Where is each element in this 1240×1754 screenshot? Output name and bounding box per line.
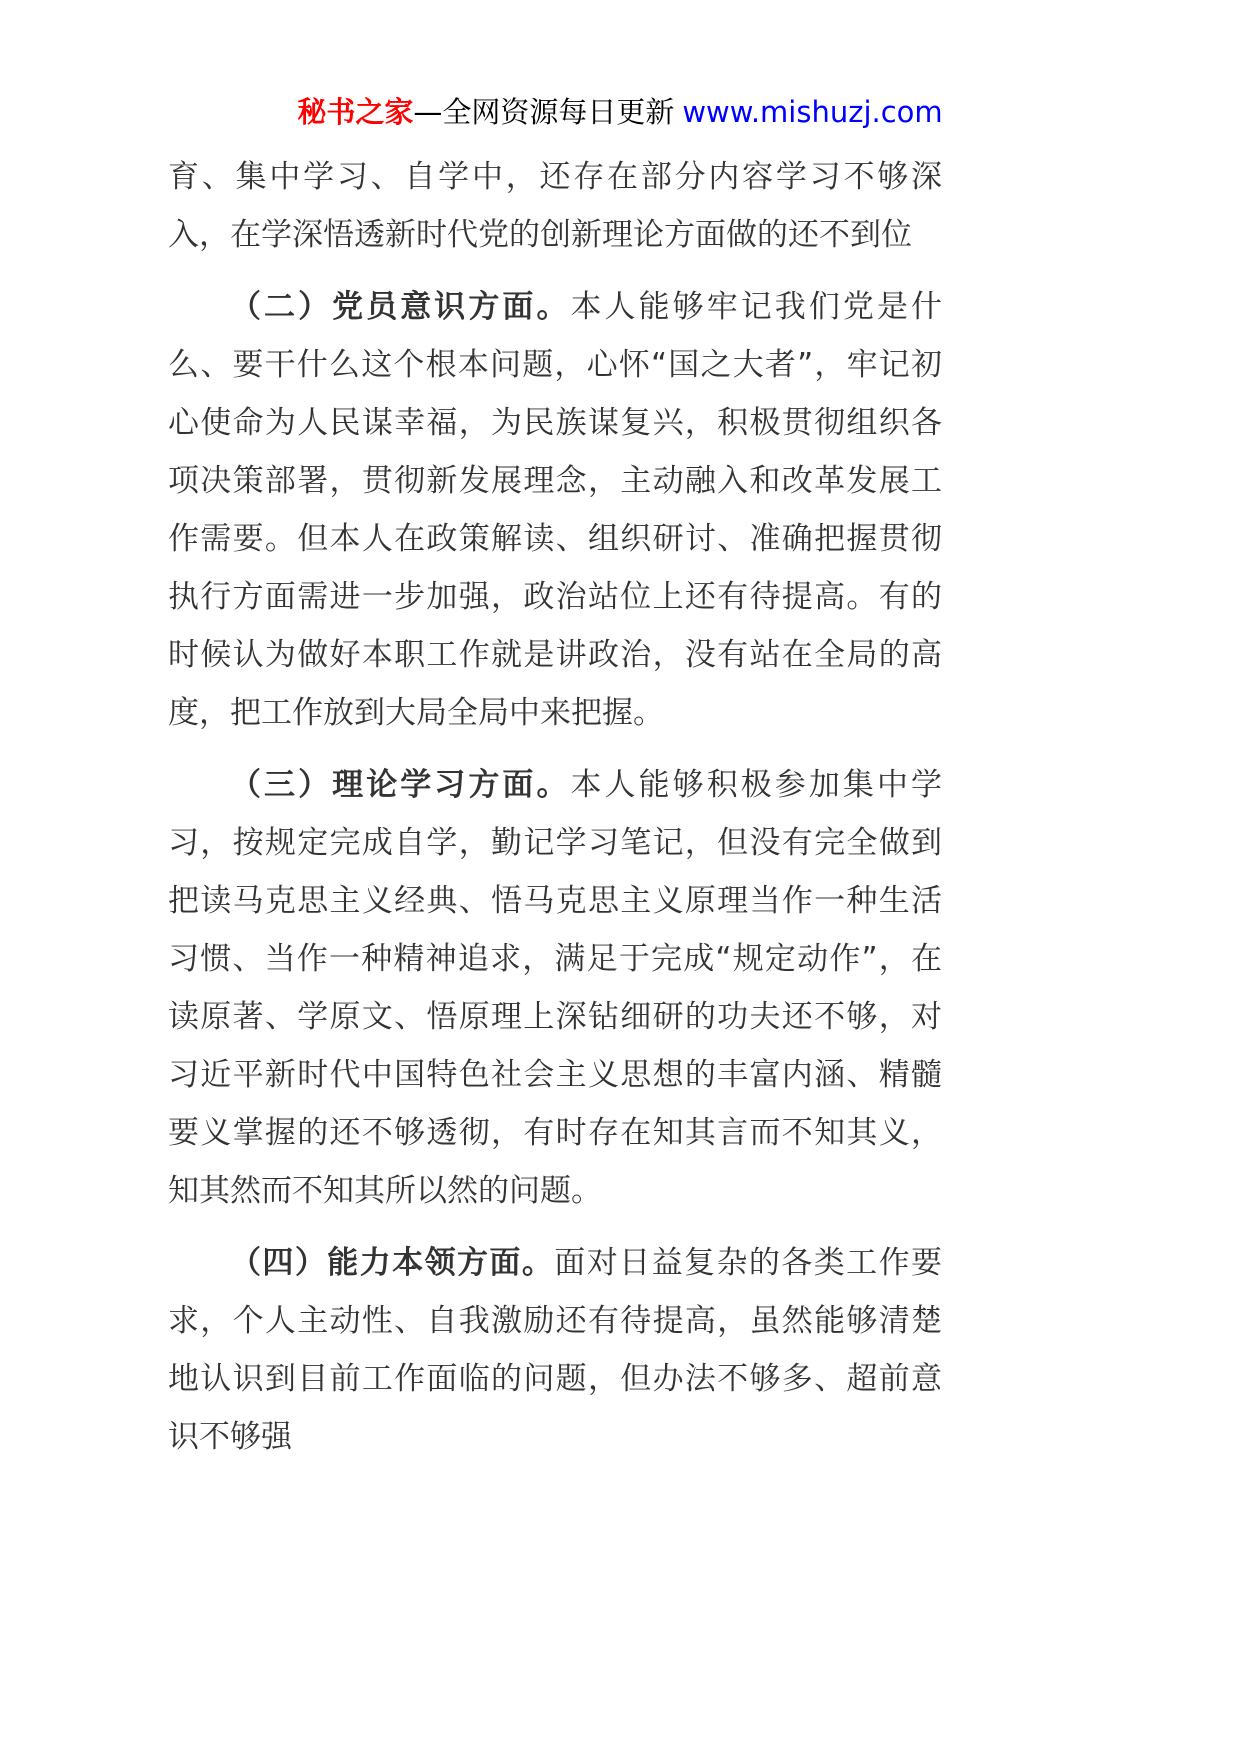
tagline: —全网资源每日更新	[413, 95, 674, 129]
paragraph-text: 本人能够牢记我们党是什么、要干什么这个根本问题，心怀“国之大者”，牢记初心使命为…	[168, 289, 942, 731]
document-body: 育、集中学习、自学中，还存在部分内容学习不够深入，在学深悟透新时代党的创新理论方…	[168, 148, 942, 1480]
paragraph-text: 本人能够积极参加集中学习，按规定完成自学，勤记学习笔记，但没有完全做到把读马克思…	[168, 767, 942, 1209]
paragraph-theory-study: （三）理论学习方面。本人能够积极参加集中学习，按规定完成自学，勤记学习笔记，但没…	[168, 756, 942, 1220]
paragraph-continuation: 育、集中学习、自学中，还存在部分内容学习不够深入，在学深悟透新时代党的创新理论方…	[168, 148, 942, 264]
paragraph-ability-skills: （四）能力本领方面。面对日益复杂的各类工作要求，个人主动性、自我激励还有待提高，…	[168, 1234, 942, 1466]
paragraph-text: 育、集中学习、自学中，还存在部分内容学习不够深入，在学深悟透新时代党的创新理论方…	[168, 159, 942, 253]
brand-name: 秘书之家	[297, 95, 413, 129]
section-heading: （二）党员意识方面。	[230, 289, 571, 325]
section-heading: （四）能力本领方面。	[230, 1245, 554, 1281]
section-heading: （三）理论学习方面。	[230, 767, 571, 803]
paragraph-party-member-awareness: （二）党员意识方面。本人能够牢记我们党是什么、要干什么这个根本问题，心怀“国之大…	[168, 278, 942, 742]
site-watermark-header: 秘书之家—全网资源每日更新www.mishuzj.com	[0, 92, 1240, 132]
site-url-link[interactable]: www.mishuzj.com	[682, 95, 942, 129]
